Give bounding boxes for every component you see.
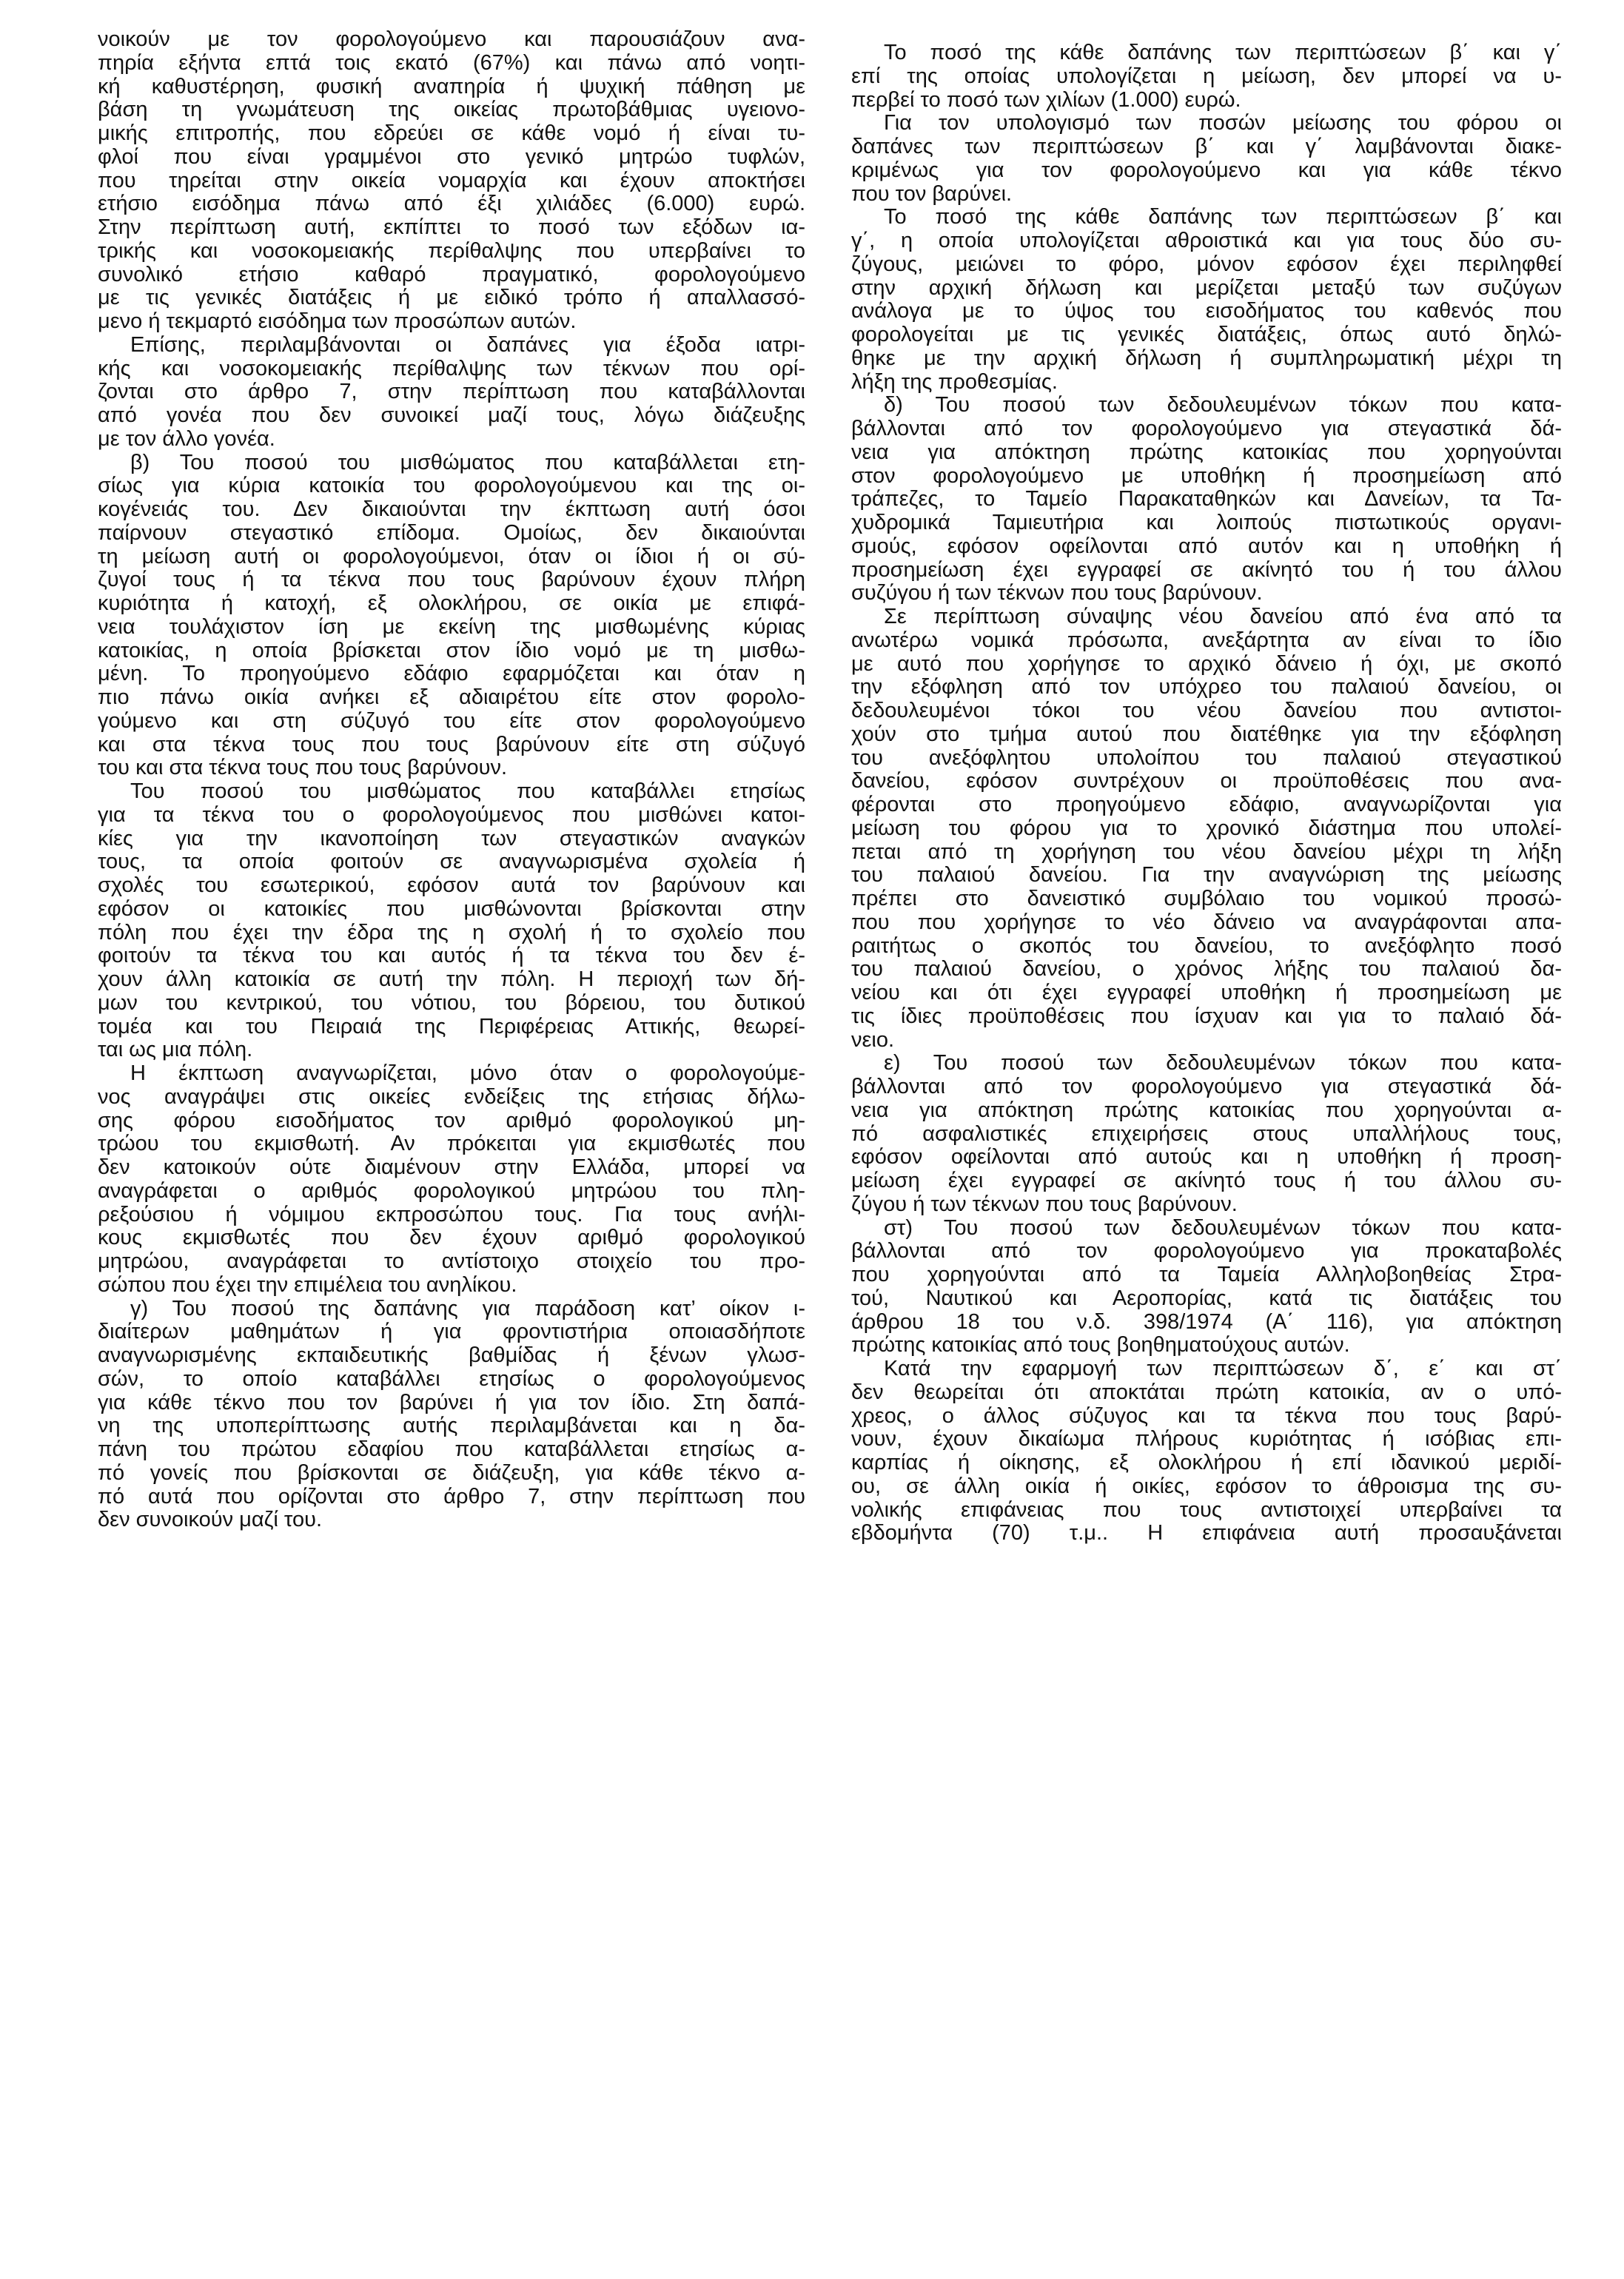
text-line: στον φορολογούμενο με υποθήκη ή προσημεί… (851, 465, 1562, 489)
paragraph: Το ποσό της κάθε δαπάνης των περιπτώσεων… (851, 41, 1562, 112)
text-line: Κατά την εφαρμογή των περιπτώσεων δ΄, ε΄… (851, 1357, 1562, 1381)
text-line: βάση τη γνωμάτευση της οικείας πρωτοβάθμ… (98, 98, 805, 122)
paragraph: Η έκπτωση αναγνωρίζεται, μόνο όταν ο φορ… (98, 1062, 805, 1298)
text-line: συζύγου ή των τέκνων που τους βαρύνουν. (851, 582, 1562, 605)
text-line: ε) Του ποσού των δεδουλευμένων τόκων που… (851, 1052, 1562, 1075)
text-line: φοιτούν τα τέκνα του και αυτός ή τα τέκν… (98, 944, 805, 968)
text-line: ου, σε άλλη οικία ή οικίες, εφόσον το άθ… (851, 1475, 1562, 1499)
paragraph: Το ποσό της κάθε δαπάνης των περιπτώσεων… (851, 206, 1562, 394)
text-line: μείωση του φόρου για το χρονικό διάστημα… (851, 817, 1562, 841)
text-line: Για τον υπολογισμό των ποσών μείωσης του… (851, 112, 1562, 135)
text-line: νεια για απόκτηση πρώτης κατοικίας που χ… (851, 1099, 1562, 1123)
text-line: με αυτό που χορήγησε το αρχικό δάνειο ή … (851, 653, 1562, 677)
text-line: πρέπει στο δανειστικό συμβόλαιο του νομι… (851, 887, 1562, 911)
paragraph: Για τον υπολογισμό των ποσών μείωσης του… (851, 112, 1562, 206)
text-line: πό γονείς που βρίσκονται σε διάζευξη, γι… (98, 1462, 805, 1486)
text-line: μενο ή τεκμαρτό εισόδημα των προσώπων αυ… (98, 310, 805, 334)
text-line: σχολές του εσωτερικού, εφόσον αυτά τον β… (98, 874, 805, 898)
text-line: νείου και ότι έχει εγγραφεί υποθήκη ή πρ… (851, 981, 1562, 1005)
paragraph: γ) Του ποσού της δαπάνης για παράδοση κα… (98, 1298, 805, 1533)
text-line: νεια για απόκτηση πρώτης κατοικίας που χ… (851, 441, 1562, 465)
text-line: πό ασφαλιστικές επιχειρήσεις στους υπαλλ… (851, 1123, 1562, 1147)
text-line: δεν κατοικούν ούτε διαμένουν στην Ελλάδα… (98, 1156, 805, 1180)
text-line: κής και νοσοκομειακής περίθαλψης των τέκ… (98, 358, 805, 381)
paragraph: β) Του ποσού του μισθώματος που καταβάλλ… (98, 452, 805, 781)
text-line: ζύγους, μειώνει το φόρο, μόνον εφόσον έχ… (851, 253, 1562, 277)
text-line: νοικούν με τον φορολογούμενο και παρουσι… (98, 28, 805, 52)
text-line: πηρία εξήντα επτά τοις εκατό (67%) και π… (98, 52, 805, 75)
text-line: Το ποσό της κάθε δαπάνης των περιπτώσεων… (851, 206, 1562, 229)
text-line: δεδουλευμένοι τόκοι του νέου δανείου που… (851, 699, 1562, 723)
text-line: πρώτης κατοικίας από τους βοηθηματούχους… (851, 1334, 1562, 1357)
text-line: βάλλονται από τον φορολογούμενο για στεγ… (851, 417, 1562, 441)
text-line: πεται από τη χορήγηση του νέου δανείου μ… (851, 841, 1562, 865)
text-line: κους εκμισθωτές που δεν έχουν αριθμό φορ… (98, 1226, 805, 1250)
text-line: επί της οποίας υπολογίζεται η μείωση, δε… (851, 65, 1562, 89)
text-line: σώπου που έχει την επιμέλεια του ανηλίκο… (98, 1274, 805, 1298)
text-line: για κάθε τέκνο που τον βαρύνει ή για τον… (98, 1392, 805, 1415)
text-line: βάλλονται από τον φορολογούμενο για στεγ… (851, 1075, 1562, 1099)
text-line: μων του κεντρικού, του νότιου, του βόρει… (98, 992, 805, 1016)
text-line: δεν θεωρείται ότι αποκτάται πρώτη κατοικ… (851, 1381, 1562, 1405)
text-line: περβεί το ποσό των χιλίων (1.000) ευρώ. (851, 89, 1562, 113)
text-line: καρπίας ή οίκησης, εξ ολοκλήρου ή επί ιδ… (851, 1451, 1562, 1475)
text-line: με τον άλλο γονέα. (98, 428, 805, 452)
right-column: Το ποσό της κάθε δαπάνης των περιπτώσεων… (851, 41, 1562, 1545)
text-line: χρεος, ο άλλος σύζυγος και τα τέκνα που … (851, 1405, 1562, 1429)
text-line: γούμενο και στη σύζυγό του είτε στον φορ… (98, 710, 805, 734)
text-line: Η έκπτωση αναγνωρίζεται, μόνο όταν ο φορ… (98, 1062, 805, 1086)
text-line: αναγνωρισμένης εκπαιδευτικής βαθμίδας ή … (98, 1344, 805, 1368)
text-line: Επίσης, περιλαμβάνονται οι δαπάνες για έ… (98, 334, 805, 358)
text-line: ζύγου ή των τέκνων που τους βαρύνουν. (851, 1193, 1562, 1217)
text-line: νολικής επιφάνειας που τους αντιστοιχεί … (851, 1499, 1562, 1523)
text-line: φέρονται στο προηγούμενο εδάφιο, αναγνωρ… (851, 793, 1562, 817)
text-line: φλοί που είναι γραμμένοι στο γενικό μητρ… (98, 146, 805, 170)
text-line: που χορηγούνται από τα Ταμεία Αλληλοβοηθ… (851, 1263, 1562, 1287)
text-line: κίες για την ικανοποίηση των στεγαστικών… (98, 828, 805, 851)
text-line: δαπάνες των περιπτώσεων β΄ και γ΄ λαμβάν… (851, 135, 1562, 159)
text-line: πάνη του πρώτου εδαφίου που καταβάλλεται… (98, 1438, 805, 1462)
text-line: θηκε με την αρχική δήλωση ή συμπληρωματι… (851, 347, 1562, 371)
text-line: ετήσιο εισόδημα πάνω από έξι χιλιάδες (6… (98, 192, 805, 216)
text-line: φορολογείται με τις γενικές διατάξεις, ό… (851, 323, 1562, 347)
text-line: του ανεξόφλητου υπολοίπου του παλαιού στ… (851, 747, 1562, 771)
text-line: τις ίδιες προϋποθέσεις που ίσχυαν και γι… (851, 1005, 1562, 1029)
text-line: αναγράφεται ο αριθμός φορολογικού μητρώο… (98, 1180, 805, 1204)
text-line: λήξη της προθεσμίας. (851, 371, 1562, 395)
paragraph: Σε περίπτωση σύναψης νέου δανείου από έν… (851, 605, 1562, 1052)
text-line: εβδομήντα (70) τ.μ.. Η επιφάνεια αυτή πρ… (851, 1522, 1562, 1545)
text-line: χουν άλλη κατοικία σε αυτή την πόλη. Η π… (98, 968, 805, 992)
text-line: εφόσον οφείλονται από αυτούς και η υποθή… (851, 1146, 1562, 1169)
text-line: που τον βαρύνει. (851, 183, 1562, 207)
text-line: β) Του ποσού του μισθώματος που καταβάλλ… (98, 452, 805, 475)
text-line: Το ποσό της κάθε δαπάνης των περιπτώσεων… (851, 41, 1562, 65)
text-line: νη της υποπερίπτωσης αυτής περιλαμβάνετα… (98, 1414, 805, 1438)
text-line: σών, το οποίο καταβάλλει ετησίως ο φορολ… (98, 1368, 805, 1392)
text-line: τράπεζες, το Ταμείο Παρακαταθηκών και Δα… (851, 488, 1562, 511)
text-line: δ) Του ποσού των δεδουλευμένων τόκων που… (851, 394, 1562, 417)
text-line: παίρνουν στεγαστικό επίδομα. Ομοίως, δεν… (98, 522, 805, 546)
text-line: μείωση έχει εγγραφεί σε ακίνητό τους ή τ… (851, 1169, 1562, 1193)
paragraph: Επίσης, περιλαμβάνονται οι δαπάνες για έ… (98, 334, 805, 452)
text-line: που τηρείται στην οικεία νομαρχία και έχ… (98, 170, 805, 193)
text-line: τρικής και νοσοκομειακής περίθαλψης που … (98, 240, 805, 264)
text-line: σίως για κύρια κατοικία του φορολογούμεν… (98, 474, 805, 498)
text-line: νεια τουλάχιστον ίση με εκείνη της μισθω… (98, 616, 805, 640)
text-line: κριμένως για τον φορολογούμενο και για κ… (851, 159, 1562, 183)
text-line: που που χορήγησε το νέο δάνειο να αναγρά… (851, 911, 1562, 935)
text-line: γ) Του ποσού της δαπάνης για παράδοση κα… (98, 1298, 805, 1321)
text-line: χούν στο τμήμα αυτού που διατέθηκε για τ… (851, 723, 1562, 747)
text-line: σης φόρου εισοδήματος τον αριθμό φορολογ… (98, 1110, 805, 1133)
text-line: διαίτερων μαθημάτων ή για φροντιστήρια ο… (98, 1320, 805, 1344)
text-line: νος αναγράψει στις οικείες ενδείξεις της… (98, 1086, 805, 1110)
text-line: συνολικό ετήσιο καθαρό πραγματικό, φορολ… (98, 264, 805, 287)
text-line: πόλη που έχει την έδρα της η σχολή ή το … (98, 922, 805, 945)
text-line: ρεξούσιου ή νόμιμου εκπροσώπου τους. Για… (98, 1204, 805, 1227)
paragraph: δ) Του ποσού των δεδουλευμένων τόκων που… (851, 394, 1562, 605)
text-line: κατοικίας, η οποία βρίσκεται στον ίδιο ν… (98, 640, 805, 663)
text-line: νειο. (851, 1029, 1562, 1053)
text-line: με τις γενικές διατάξεις ή με ειδικό τρό… (98, 286, 805, 310)
text-line: προσημείωση έχει εγγραφεί σε ακίνητό του… (851, 559, 1562, 583)
text-line: τη μείωση αυτή οι φορολογούμενοι, όταν ο… (98, 546, 805, 569)
text-line: και στα τέκνα τους που τους βαρύνουν είτ… (98, 734, 805, 757)
text-line: του παλαιού δανείου. Για την αναγνώριση … (851, 864, 1562, 887)
paragraph: νοικούν με τον φορολογούμενο και παρουσι… (98, 28, 805, 334)
text-line: από γονέα που δεν συνοικεί μαζί τους, λό… (98, 404, 805, 428)
text-line: Στην περίπτωση αυτή, εκπίπτει το ποσό τω… (98, 216, 805, 240)
text-line: μικής επιτροπής, που εδρεύει σε κάθε νομ… (98, 122, 805, 146)
text-line: κή καθυστέρηση, φυσική αναπηρία ή ψυχική… (98, 75, 805, 99)
text-line: τού, Ναυτικού και Αεροπορίας, κατά τις δ… (851, 1287, 1562, 1311)
text-line: γ΄, η οποία υπολογίζεται αθροιστικά και … (851, 229, 1562, 253)
text-line: μένη. Το προηγούμενο εδάφιο εφαρμόζεται … (98, 662, 805, 686)
text-line: άρθρου 18 του ν.δ. 398/1974 (Α΄ 116), γι… (851, 1311, 1562, 1335)
text-line: πιο πάνω οικία ανήκει εξ αδιαιρέτου είτε… (98, 686, 805, 710)
text-line: ανωτέρω νομικά πρόσωπα, ανεξάρτητα αν εί… (851, 629, 1562, 653)
paragraph: στ) Του ποσού των δεδουλευμένων τόκων πο… (851, 1217, 1562, 1358)
text-line: τρώου του εκμισθωτή. Αν πρόκειται για εκ… (98, 1132, 805, 1156)
text-line: εφόσον οι κατοικίες που μισθώνονται βρίσ… (98, 898, 805, 922)
text-line: την εξόφληση από τον υπόχρεο του παλαιού… (851, 676, 1562, 699)
text-line: ζυγοί τους ή τα τέκνα που τους βαρύνουν … (98, 568, 805, 592)
text-line: Του ποσού του μισθώματος που καταβάλλει … (98, 780, 805, 804)
text-line: κογένειάς του. Δεν δικαιούνται την έκπτω… (98, 498, 805, 522)
text-line: βάλλονται από τον φορολογούμενο για προκ… (851, 1240, 1562, 1263)
text-line: ραιτήτως ο σκοπός του δανείου, το ανεξόφ… (851, 935, 1562, 959)
text-line: του και στα τέκνα τους που τους βαρύνουν… (98, 756, 805, 780)
text-line: ζονται στο άρθρο 7, στην περίπτωση που κ… (98, 380, 805, 404)
text-line: σμούς, εφόσον οφείλονται από αυτόν και η… (851, 535, 1562, 559)
text-line: του παλαιού δανείου, ο χρόνος λήξης του … (851, 958, 1562, 981)
text-line: δανείου, εφόσον συντρέχουν οι προϋποθέσε… (851, 770, 1562, 793)
text-line: πό αυτά που ορίζονται στο άρθρο 7, στην … (98, 1486, 805, 1509)
paragraph: ε) Του ποσού των δεδουλευμένων τόκων που… (851, 1052, 1562, 1216)
text-line: τους, τα οποία φοιτούν σε αναγνωρισμένα … (98, 850, 805, 874)
text-line: ται ως μια πόλη. (98, 1038, 805, 1062)
text-line: τομέα και του Πειραιά της Περιφέρειας Ατ… (98, 1016, 805, 1039)
text-line: στ) Του ποσού των δεδουλευμένων τόκων πο… (851, 1217, 1562, 1241)
text-line: για τα τέκνα του ο φορολογούμενος που μι… (98, 804, 805, 828)
text-line: ανάλογα με το ύψος του εισοδήματος του κ… (851, 300, 1562, 323)
text-line: νουν, έχουν δικαίωμα πλήρους κυριότητας … (851, 1428, 1562, 1451)
text-line: δεν συνοικούν μαζί του. (98, 1508, 805, 1532)
text-line: μητρώου, αναγράφεται το αντίστοιχο στοιχ… (98, 1250, 805, 1274)
text-line: Σε περίπτωση σύναψης νέου δανείου από έν… (851, 605, 1562, 629)
paragraph: Του ποσού του μισθώματος που καταβάλλει … (98, 780, 805, 1062)
paragraph: Κατά την εφαρμογή των περιπτώσεων δ΄, ε΄… (851, 1357, 1562, 1545)
document-page: νοικούν με τον φορολογούμενο και παρουσι… (0, 0, 1624, 2279)
text-line: χυδρομικά Ταμιευτήρια και λοιπούς πιστωτ… (851, 511, 1562, 535)
text-line: κυριότητα ή κατοχή, εξ ολοκλήρου, σε οικ… (98, 592, 805, 616)
text-line: στην αρχική δήλωση και μερίζεται μεταξύ … (851, 277, 1562, 301)
left-column: νοικούν με τον φορολογούμενο και παρουσι… (98, 28, 805, 1532)
